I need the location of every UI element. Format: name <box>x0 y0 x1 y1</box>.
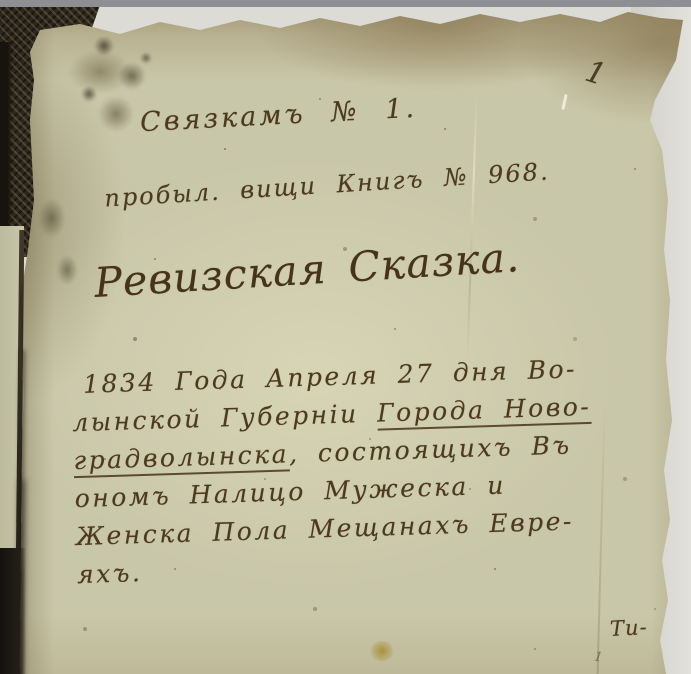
gutter-shadow-bottom <box>0 548 26 674</box>
paper-crease <box>596 406 605 674</box>
body-paragraph: 1834 Года Апреля 27 дня Во- лынской Губе… <box>71 350 597 594</box>
scanned-manuscript-scene: 1 Связкамъ № 1. пробыл. вищи Книгъ № 968… <box>0 0 691 674</box>
body-line-text: лынской Губерніи <box>72 399 378 438</box>
underlined-place-name: Города Ново- <box>377 392 592 431</box>
paper-crease <box>466 96 477 358</box>
gutter-shadow-top <box>0 42 13 252</box>
faint-numeral-mark: 1 <box>593 649 604 665</box>
page-number: 1 <box>581 54 610 93</box>
smudge-stain <box>36 178 88 293</box>
scanner-edge-bar <box>0 0 691 7</box>
paper-scratch <box>561 94 567 110</box>
document-title: Ревизская Сказка. <box>93 233 521 307</box>
body-line-text: , состоящихъ Въ <box>289 431 572 469</box>
wax-stain <box>370 641 394 661</box>
catchword: Ти- <box>609 615 648 641</box>
underlined-place-name: градволынска <box>73 439 289 478</box>
manuscript-page: 1 Связкамъ № 1. пробыл. вищи Книгъ № 968… <box>14 8 684 674</box>
archival-note-register: пробыл. вищи Книгъ № 968. <box>104 157 551 212</box>
